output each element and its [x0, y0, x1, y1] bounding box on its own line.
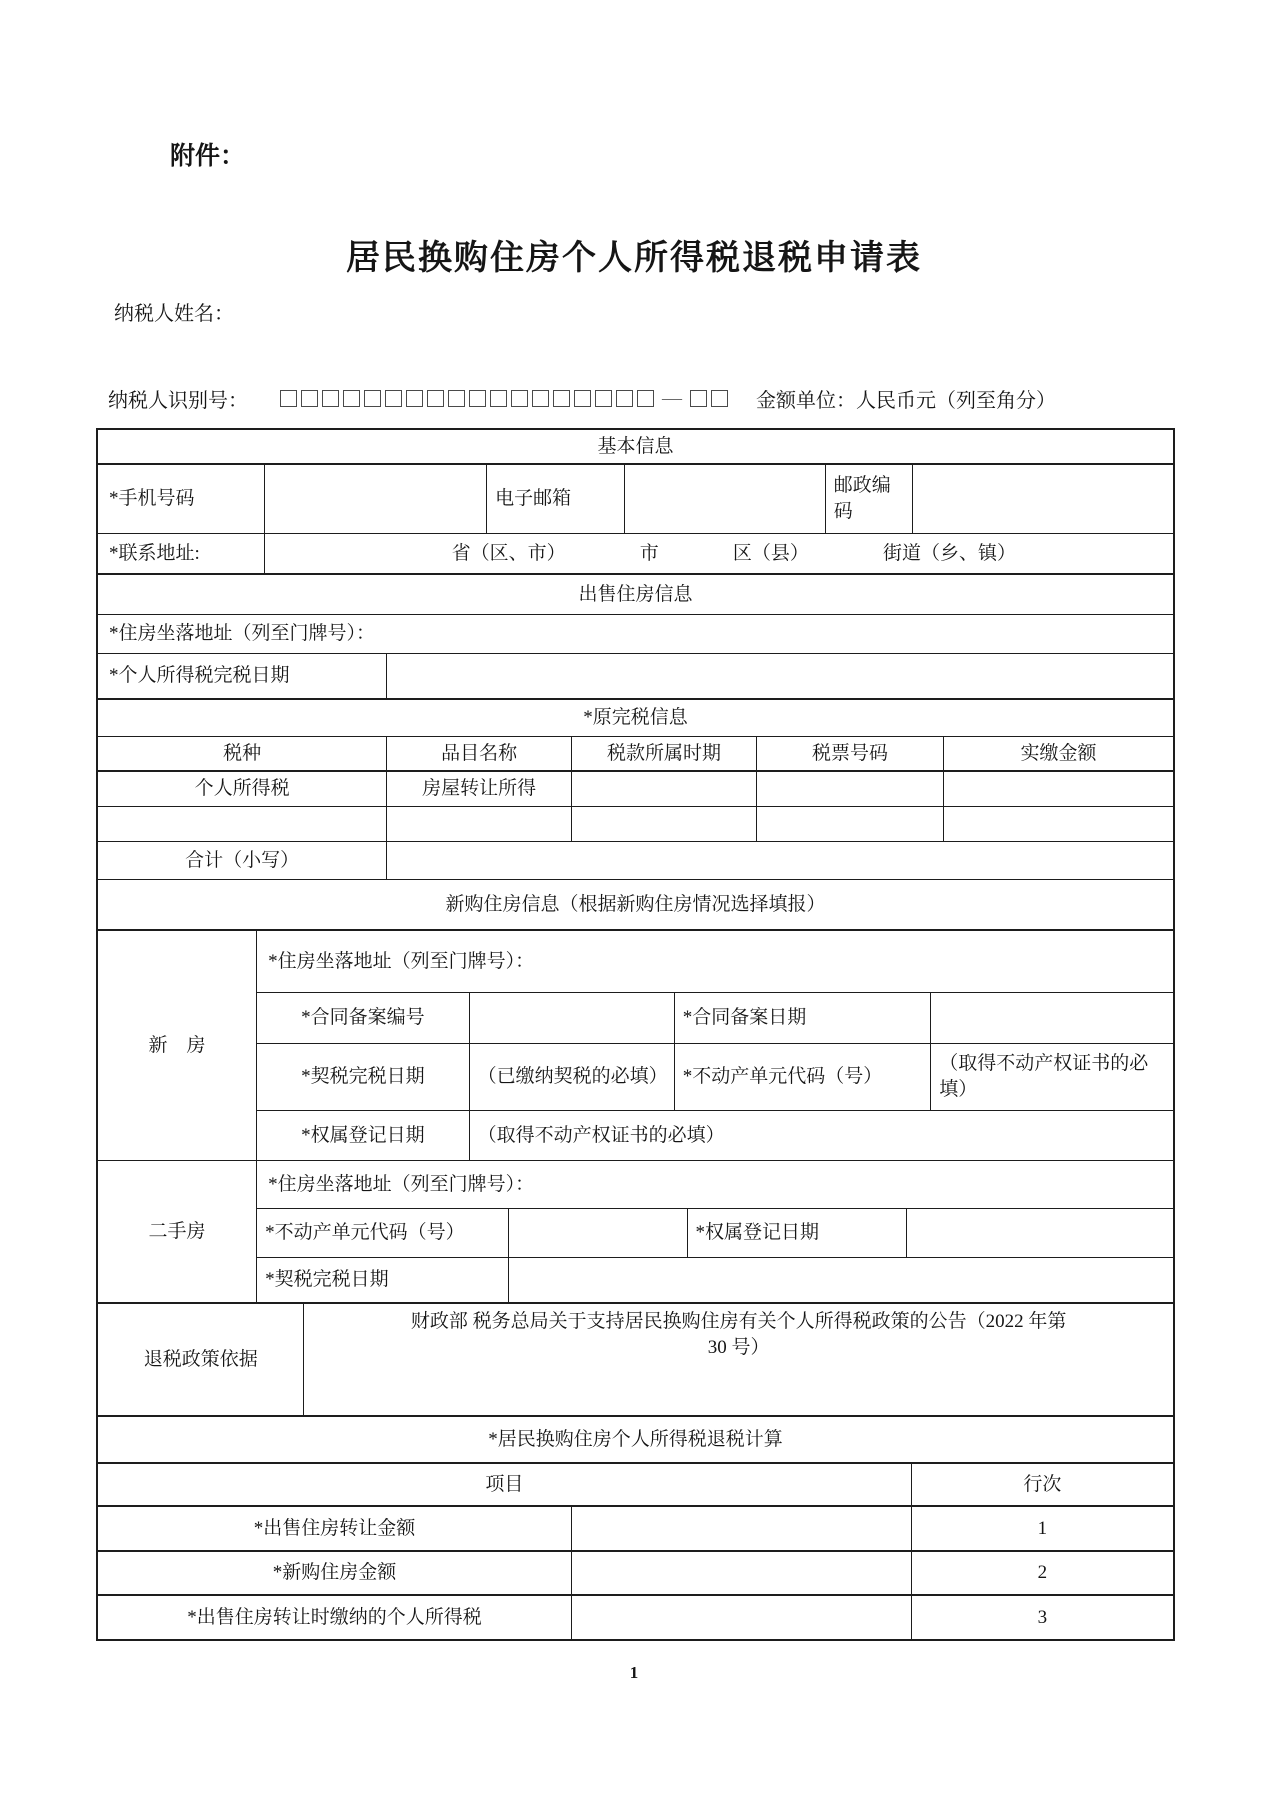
policy-basis-row: 退税政策依据 财政部 税务总局关于支持居民换购住房有关个人所得税政策的公告（20… [98, 1304, 1173, 1417]
new-house-address-label[interactable]: *住房坐落地址（列至门牌号）： [257, 931, 1173, 992]
calculation-row-3: *出售住房转让时缴纳的个人所得税 3 [98, 1596, 1173, 1639]
line-number-1: 1 [912, 1507, 1173, 1550]
selling-address-row: *住房坐落地址（列至门牌号）： [98, 615, 1173, 654]
id-digit-box[interactable] [690, 390, 707, 407]
id-digit-box[interactable] [301, 390, 318, 407]
id-digit-box[interactable] [574, 390, 591, 407]
id-digit-box[interactable] [532, 390, 549, 407]
attachment-label: 附件： [170, 136, 245, 172]
line-number-2: 2 [912, 1552, 1173, 1594]
receipt-no-field[interactable] [757, 807, 944, 841]
deed-tax-date-note[interactable]: （已缴纳契税的必填） [470, 1044, 675, 1111]
section-row-basic-info: 基本信息 [98, 430, 1173, 465]
id-digit-box[interactable] [469, 390, 486, 407]
selling-tax-date-row: *个人所得税完税日期 [98, 654, 1173, 700]
col-header-tax-type: 税种 [98, 737, 387, 770]
total-row: 合计（小写） [98, 842, 1173, 880]
taxpayer-id-boxes[interactable]: — [280, 390, 732, 407]
id-digit-box[interactable] [385, 390, 402, 407]
section-header-selling-info: 出售住房信息 [98, 575, 1173, 614]
id-digit-box[interactable] [448, 390, 465, 407]
calc-label-new-purchase-amount: *新购住房金额 [98, 1552, 572, 1594]
section-header-refund-calculation: *居民换购住房个人所得税退税计算 [98, 1417, 1173, 1462]
id-digit-box[interactable] [427, 390, 444, 407]
second-hand-deed-tax-row: *契税完税日期 [257, 1258, 1173, 1302]
total-label: 合计（小写） [98, 842, 387, 879]
id-digit-box[interactable] [280, 390, 297, 407]
application-form-table: 基本信息 *手机号码 电子邮箱 邮政编码 *联系地址: 省（区、市） 市 区（县… [96, 428, 1175, 1641]
id-digit-box[interactable] [511, 390, 528, 407]
id-digit-box[interactable] [364, 390, 381, 407]
taxpayer-id-line: 纳税人识别号： — 金额单位：人民币元（列至角分） [108, 384, 1174, 413]
second-hand-estate-row: *不动产单元代码（号） *权属登记日期 [257, 1209, 1173, 1257]
page-number: 1 [0, 1663, 1268, 1683]
estate-code-note[interactable]: （取得不动产权证书的必填） [931, 1044, 1173, 1111]
col-header-tax-period: 税款所属时期 [572, 737, 757, 770]
contact-part-street: 街道（乡、镇） [883, 541, 1016, 567]
id-digit-box[interactable] [490, 390, 507, 407]
mobile-label: *手机号码 [98, 465, 265, 533]
calculation-row-2: *新购住房金额 2 [98, 1552, 1173, 1596]
original-tax-header-row: 税种 品目名称 税款所属时期 税票号码 实缴金额 [98, 737, 1173, 772]
taxpayer-name-line: 纳税人姓名： [114, 297, 234, 326]
amount-unit-label: 金额单位：人民币元（列至角分） [756, 384, 1056, 413]
line-number-3: 3 [912, 1596, 1173, 1639]
postal-code-label: 邮政编码 [826, 465, 913, 533]
contact-part-province: 省（区、市） [452, 541, 566, 567]
email-label: 电子邮箱 [487, 465, 625, 533]
contract-no-label: *合同备案编号 [257, 993, 469, 1043]
taxpayer-id-label: 纳税人识别号： [108, 384, 248, 413]
postal-code-value-field[interactable] [913, 465, 1173, 533]
selling-tax-date-label: *个人所得税完税日期 [98, 654, 387, 698]
taxpayer-name-label: 纳税人姓名： [114, 303, 234, 325]
section-header-new-purchase: 新购住房信息（根据新购住房情况选择填报） [98, 880, 1173, 929]
item-name-cell: 房屋转让所得 [387, 772, 572, 806]
estate-code-field[interactable] [509, 1209, 688, 1256]
second-hand-address-label[interactable]: *住房坐落地址（列至门牌号）： [257, 1161, 1173, 1208]
mobile-value-field[interactable] [265, 465, 488, 533]
section-row-new-purchase: 新购住房信息（根据新购住房情况选择填报） [98, 880, 1173, 931]
registration-date-label: *权属登记日期 [688, 1209, 908, 1256]
new-house-registration-row: *权属登记日期 （取得不动产权证书的必填） [257, 1111, 1173, 1160]
contact-address-field[interactable]: 省（区、市） 市 区（县） 街道（乡、镇） [265, 534, 1173, 573]
basic-info-fields-row: *手机号码 电子邮箱 邮政编码 [98, 465, 1173, 534]
calc-label-selling-amount: *出售住房转让金额 [98, 1507, 572, 1550]
col-header-paid-amount: 实缴金额 [944, 737, 1173, 770]
col-header-line-no: 行次 [912, 1464, 1173, 1505]
contact-address-row: *联系地址: 省（区、市） 市 区（县） 街道（乡、镇） [98, 534, 1173, 575]
id-digit-box[interactable] [711, 390, 728, 407]
total-value-field[interactable] [387, 842, 1173, 879]
new-house-deed-tax-row: *契税完税日期 （已缴纳契税的必填） *不动产单元代码（号） （取得不动产权证书… [257, 1044, 1173, 1112]
item-name-field[interactable] [387, 807, 572, 841]
selling-address-label[interactable]: *住房坐落地址（列至门牌号）： [98, 615, 1173, 653]
tax-period-field[interactable] [572, 772, 757, 806]
id-digit-box[interactable] [406, 390, 423, 407]
registration-date-field[interactable] [907, 1209, 1173, 1256]
form-title: 居民换购住房个人所得税退税申请表 [0, 230, 1268, 279]
second-hand-block: 二手房 *住房坐落地址（列至门牌号）： *不动产单元代码（号） *权属登记日期 … [98, 1161, 1173, 1304]
contact-part-city: 市 [640, 541, 659, 567]
new-house-contract-row: *合同备案编号 *合同备案日期 [257, 993, 1173, 1044]
document-page: 附件： 居民换购住房个人所得税退税申请表 纳税人姓名： 纳税人识别号： — 金额… [0, 0, 1268, 1793]
calc-value-paid-income-tax-field[interactable] [572, 1596, 912, 1639]
contact-part-district: 区（县） [733, 541, 809, 567]
registration-date-label: *权属登记日期 [257, 1111, 469, 1160]
second-hand-address-row: *住房坐落地址（列至门牌号）： [257, 1161, 1173, 1209]
col-header-item-name: 品目名称 [387, 737, 572, 770]
section-row-refund-calculation: *居民换购住房个人所得税退税计算 [98, 1417, 1173, 1464]
col-header-item: 项目 [98, 1464, 912, 1505]
estate-code-label: *不动产单元代码（号） [675, 1044, 931, 1111]
calc-label-paid-income-tax: *出售住房转让时缴纳的个人所得税 [98, 1596, 572, 1639]
contract-date-field[interactable] [931, 993, 1173, 1043]
id-digit-box[interactable] [595, 390, 612, 407]
contact-address-label: *联系地址: [98, 534, 265, 573]
section-header-original-tax: *原完税信息 [98, 700, 1173, 736]
col-header-receipt-no: 税票号码 [757, 737, 944, 770]
calc-value-new-purchase-amount-field[interactable] [572, 1552, 912, 1594]
deed-tax-date-label: *契税完税日期 [257, 1258, 509, 1302]
receipt-no-field[interactable] [757, 772, 944, 806]
policy-basis-content: 财政部 税务总局关于支持居民换购住房有关个人所得税政策的公告（2022 年第 3… [304, 1304, 1173, 1415]
section-row-selling-info: 出售住房信息 [98, 575, 1173, 615]
policy-basis-label: 退税政策依据 [98, 1304, 304, 1415]
section-row-original-tax: *原完税信息 [98, 700, 1173, 737]
original-tax-blank-row [98, 807, 1173, 842]
new-house-address-row: *住房坐落地址（列至门牌号）： [257, 931, 1173, 993]
calculation-header-row: 项目 行次 [98, 1464, 1173, 1507]
section-header-basic-info: 基本信息 [98, 430, 1173, 463]
selling-tax-date-field[interactable] [387, 654, 1173, 698]
calculation-row-1: *出售住房转让金额 1 [98, 1507, 1173, 1552]
tax-period-field[interactable] [572, 807, 757, 841]
contract-date-label: *合同备案日期 [675, 993, 931, 1043]
id-digit-box[interactable] [637, 390, 654, 407]
id-separator-dash: — [662, 390, 682, 407]
registration-date-note[interactable]: （取得不动产权证书的必填） [470, 1111, 1173, 1160]
original-tax-data-row: 个人所得税 房屋转让所得 [98, 772, 1173, 807]
policy-content-line2: 30 号） [708, 1335, 770, 1361]
second-hand-group-label: 二手房 [98, 1161, 257, 1302]
paid-amount-field[interactable] [944, 807, 1173, 841]
new-house-block: 新 房 *住房坐落地址（列至门牌号）： *合同备案编号 *合同备案日期 *契税完… [98, 931, 1173, 1161]
policy-content-line1: 财政部 税务总局关于支持居民换购住房有关个人所得税政策的公告（2022 年第 [411, 1309, 1067, 1335]
calc-value-selling-amount-field[interactable] [572, 1507, 912, 1550]
tax-type-field[interactable] [98, 807, 387, 841]
new-house-group-label: 新 房 [98, 931, 257, 1160]
paid-amount-field[interactable] [944, 772, 1173, 806]
id-digit-box[interactable] [616, 390, 633, 407]
tax-type-cell: 个人所得税 [98, 772, 387, 806]
estate-code-label: *不动产单元代码（号） [257, 1209, 509, 1256]
email-value-field[interactable] [625, 465, 826, 533]
deed-tax-date-label: *契税完税日期 [257, 1044, 469, 1111]
id-digit-box[interactable] [553, 390, 570, 407]
deed-tax-date-field[interactable] [509, 1258, 1173, 1302]
contract-no-field[interactable] [470, 993, 675, 1043]
id-digit-box[interactable] [322, 390, 339, 407]
id-digit-box[interactable] [343, 390, 360, 407]
